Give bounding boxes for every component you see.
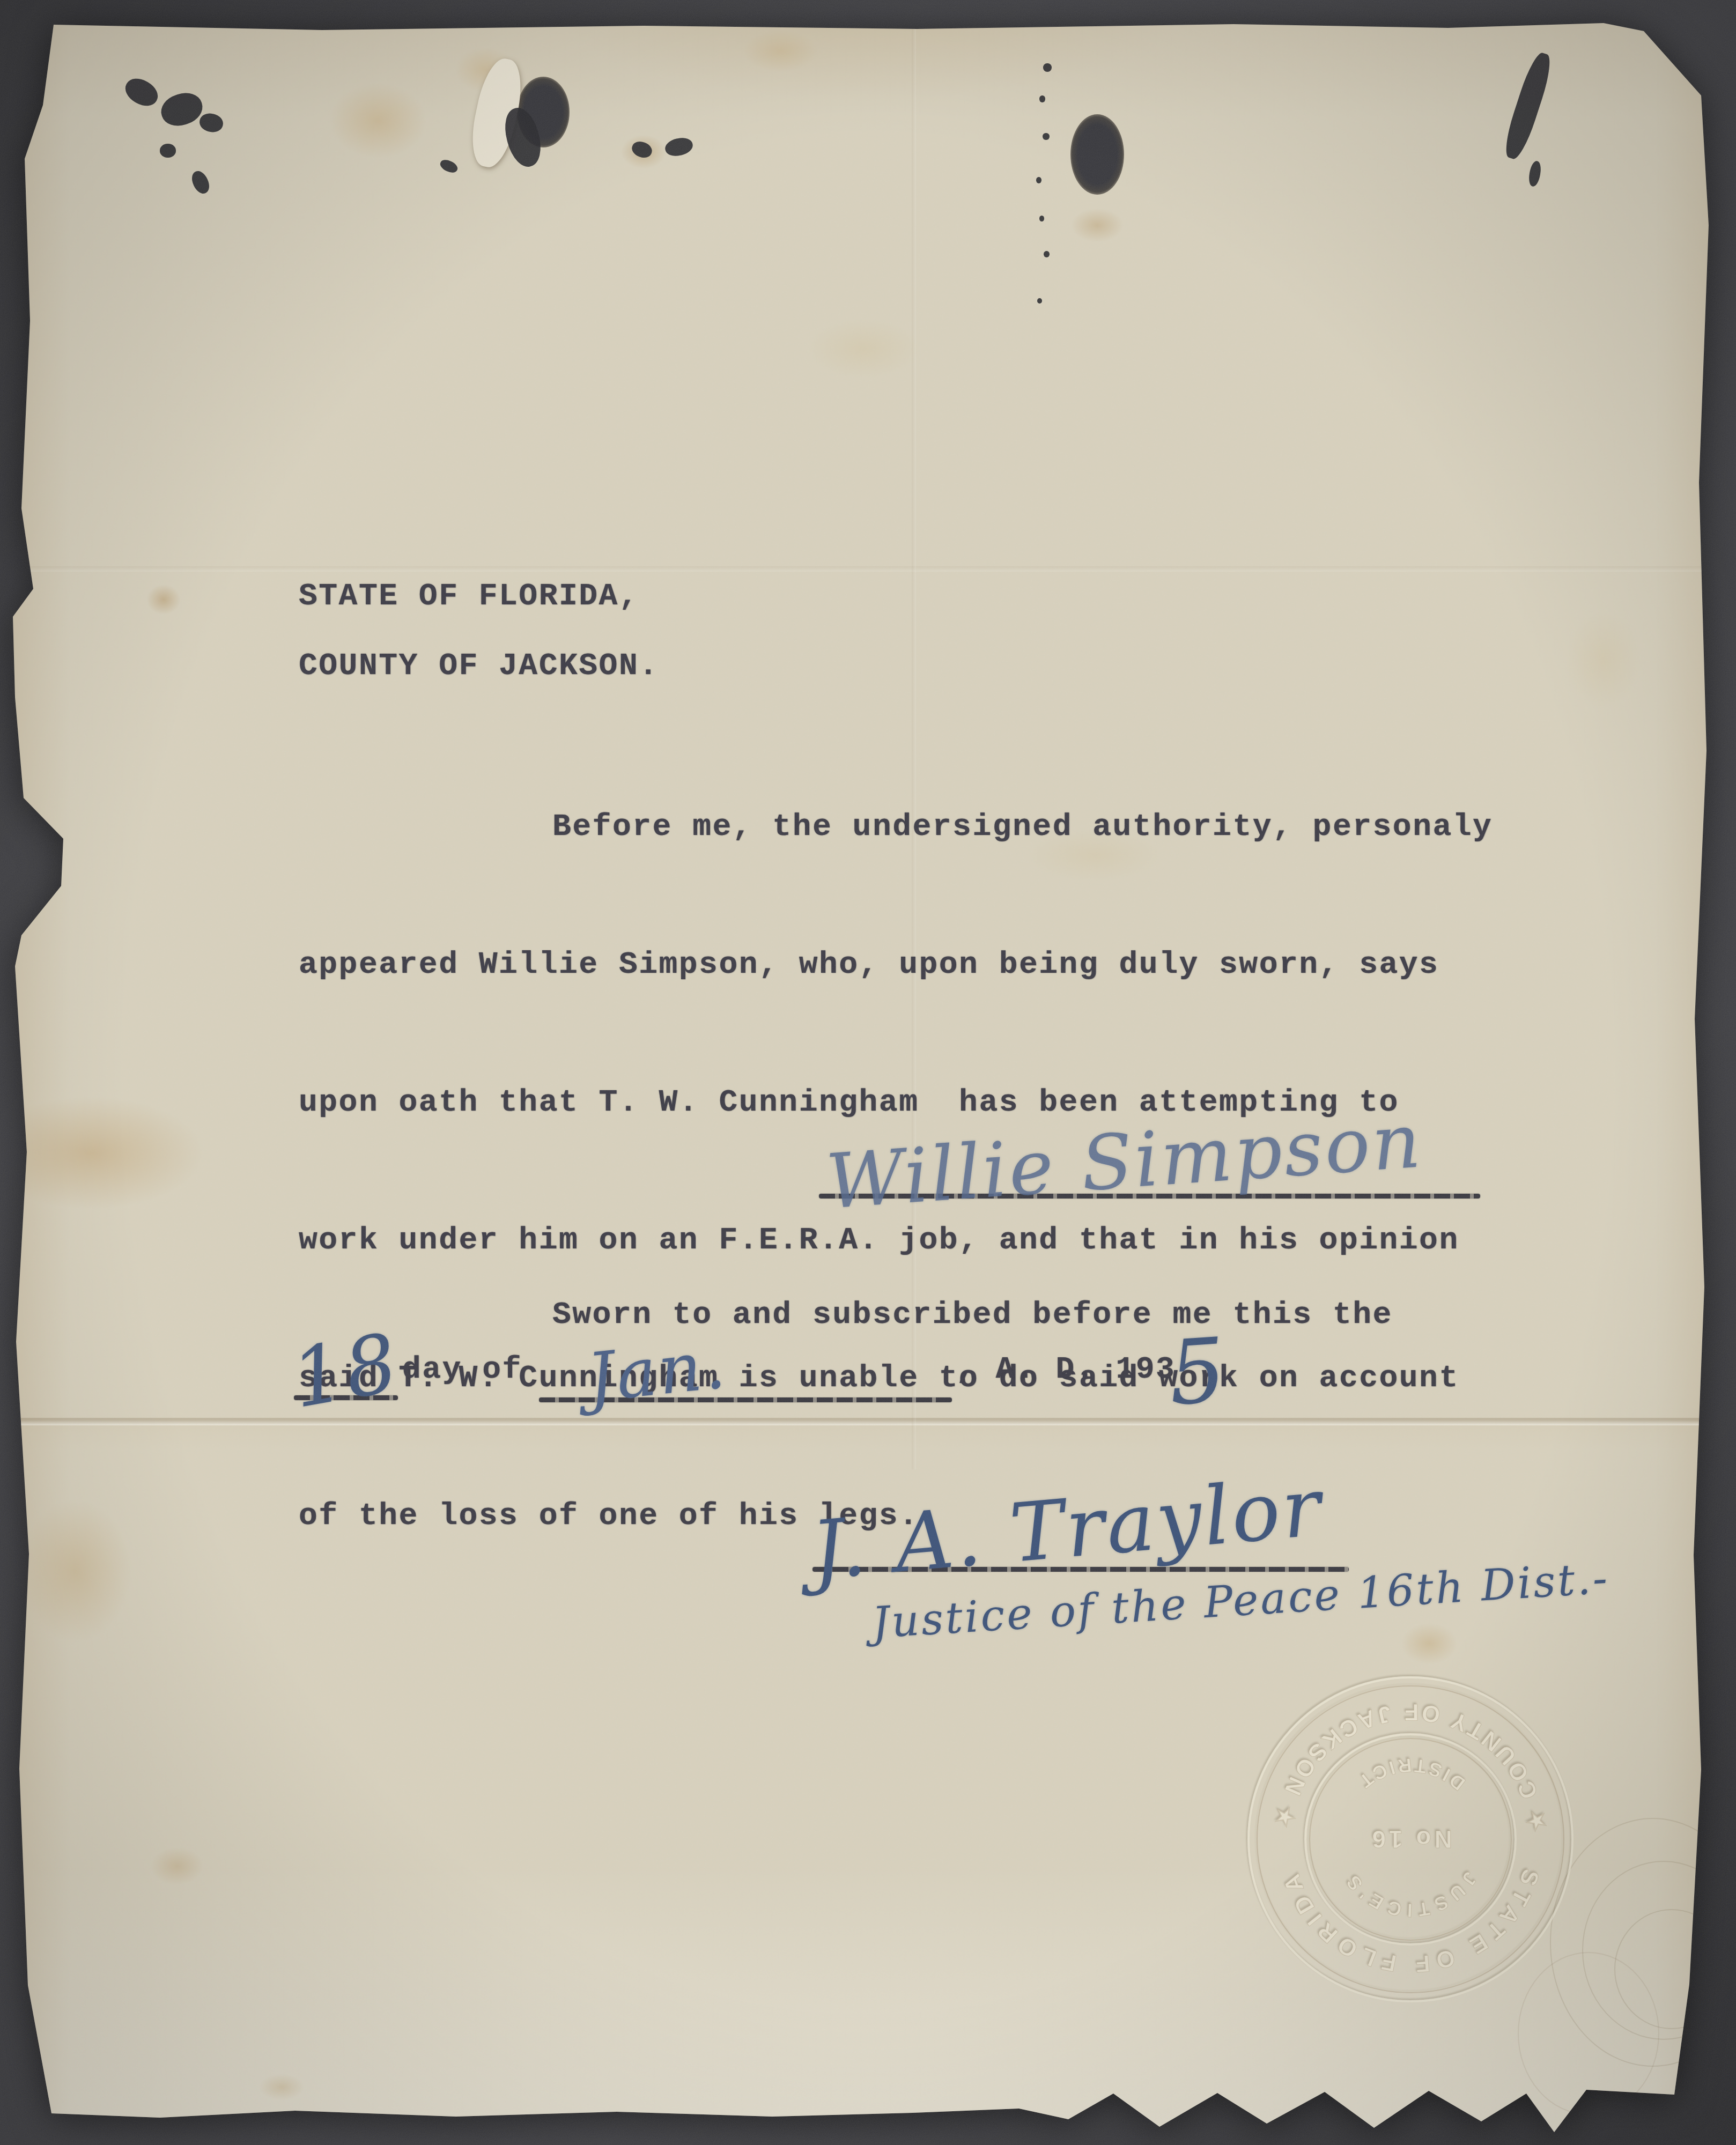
svg-text:DISTRICT: DISTRICT xyxy=(1351,1754,1469,1795)
day-of-label: day of xyxy=(402,1352,522,1387)
paper-sheet: STATE OF FLORIDA, COUNTY OF JACKSON. Bef… xyxy=(0,0,1736,2145)
ink-streak xyxy=(1527,160,1542,188)
year-typed: , A. D. 193 xyxy=(956,1352,1176,1387)
ink-streak xyxy=(1500,50,1555,162)
header-state-line: STATE OF FLORIDA, xyxy=(299,579,639,614)
scanned-affidavit-document: STATE OF FLORIDA, COUNTY OF JACKSON. Bef… xyxy=(0,0,1736,2145)
sworn-clause: Sworn to and subscribed before me this t… xyxy=(552,1298,1393,1333)
body-line: work under him on an F.E.R.A. job, and t… xyxy=(299,1223,1493,1291)
svg-text:JUSTICE'S: JUSTICE'S xyxy=(1339,1868,1482,1921)
ink-dot xyxy=(1036,177,1041,183)
corner-tear-mark xyxy=(121,73,162,111)
small-tear xyxy=(630,139,654,160)
small-tear xyxy=(438,158,459,175)
embossed-seal: STATE OF FLORIDA ★ COUNTY OF JACKSON ★ J… xyxy=(1244,1673,1577,2006)
corner-tear-mark xyxy=(160,144,176,158)
punch-hole-right xyxy=(1070,114,1124,195)
corner-tear-mark xyxy=(157,88,206,130)
seal-number-text: No 16 xyxy=(1369,1825,1452,1853)
ink-dot xyxy=(1039,95,1045,102)
seal-inner-top-text: JUSTICE'S xyxy=(1339,1868,1482,1921)
month-handwriting: Jan. xyxy=(583,1326,731,1417)
body-line: Before me, the undersigned authority, pe… xyxy=(299,810,1493,878)
ink-dot xyxy=(1043,63,1052,72)
ink-dot xyxy=(1043,133,1050,140)
seal-inner-bottom-text: DISTRICT xyxy=(1351,1754,1469,1795)
corner-tear-mark xyxy=(198,112,225,134)
header-county-line: COUNTY OF JACKSON. xyxy=(299,649,659,684)
body-line: appeared Willie Simpson, who, upon being… xyxy=(299,948,1493,1016)
day-handwriting: 18 xyxy=(285,1316,406,1426)
corner-tear-mark xyxy=(189,168,212,196)
ink-dot xyxy=(1037,298,1042,304)
ink-dot xyxy=(1039,216,1044,221)
fold-crease-horizontal-upper xyxy=(0,566,1736,572)
paper-wrap: STATE OF FLORIDA, COUNTY OF JACKSON. Bef… xyxy=(0,0,1736,2145)
small-tear xyxy=(663,136,695,158)
year-final-digit-handwriting: 5 xyxy=(1165,1318,1231,1425)
ink-dot xyxy=(1044,251,1050,257)
